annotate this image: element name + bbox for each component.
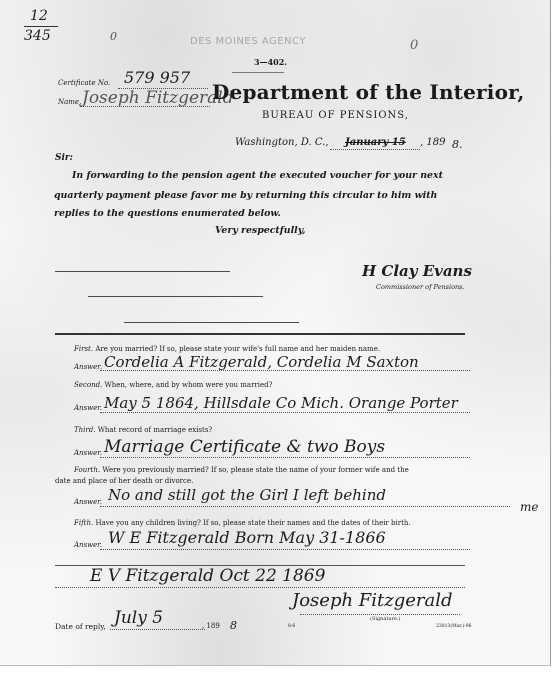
- reply-year-prefix: , 189: [202, 622, 220, 630]
- question-1: First. Are you married? If so, please st…: [74, 345, 380, 353]
- question-4-line-2: date and place of her death or divorce.: [55, 477, 193, 485]
- address-line-2: [88, 296, 263, 297]
- answer-2-label: Answer.: [74, 404, 102, 412]
- question-4: Fourth. Were you previously married? If …: [74, 466, 409, 474]
- answer-5-line: [100, 549, 470, 550]
- pension-circular-page: 12 345 0 0 DES MOINES AGENCY 3—402. Cert…: [0, 0, 551, 666]
- question-1-text: Are you married? If so, please state you…: [95, 345, 380, 353]
- answer-4-line: [100, 506, 510, 507]
- letter-date: January 15: [345, 137, 406, 148]
- question-3-ordinal: Third.: [74, 426, 95, 434]
- margin-mark-left: 0: [110, 30, 117, 43]
- answer-2: May 5 1864, Hillsdale Co Mich. Orange Po…: [104, 394, 458, 412]
- department-title: Department of the Interior,: [212, 80, 525, 104]
- question-4-text: Were you previously married? If so, plea…: [102, 466, 408, 474]
- letter-body-line-3: replies to the questions enumerated belo…: [54, 208, 281, 219]
- answer-5: W E Fitzgerald Born May 31-1866: [108, 528, 386, 547]
- salutation: Sir:: [55, 153, 73, 163]
- answer-3-label: Answer.: [74, 449, 102, 457]
- file-number-top: 12: [30, 8, 48, 24]
- question-3: Third. What record of marriage exists?: [74, 426, 212, 434]
- address-line-1: [55, 271, 230, 272]
- form-number-rule: [232, 72, 284, 73]
- question-5-ordinal: Fifth.: [74, 519, 93, 527]
- answer-4-overflow: me: [520, 500, 538, 514]
- margin-mark-right: 0: [410, 38, 418, 53]
- letter-closing: Very respectfully,: [215, 225, 306, 236]
- veteran-name: Joseph Fitzgerald: [82, 88, 234, 108]
- certificate-number: 579 957: [124, 68, 190, 87]
- answer-5-line-2-rule: [55, 587, 465, 588]
- address-line-3: [124, 322, 299, 323]
- place-label: Washington, D. C.,: [235, 137, 329, 148]
- question-4-ordinal: Fourth.: [74, 466, 100, 474]
- certificate-label: Certificate No.: [58, 79, 110, 87]
- agency-stamp: DES MOINES AGENCY: [190, 36, 306, 47]
- letter-year-prefix: , 189: [420, 137, 445, 148]
- letter-date-line: [330, 149, 420, 150]
- name-line: [80, 106, 210, 107]
- print-code-left: 8-6: [288, 624, 295, 629]
- letter-body-line-1: In forwarding to the pension agent the e…: [72, 170, 443, 181]
- question-2: Second. When, where, and by whom were yo…: [74, 381, 272, 389]
- file-number-divider: [24, 26, 58, 27]
- address-line-4: [55, 333, 465, 335]
- answer-3: Marriage Certificate & two Boys: [104, 437, 385, 457]
- letter-body-line-2: quarterly payment please favor me by ret…: [54, 190, 437, 201]
- question-1-ordinal: First.: [74, 345, 93, 353]
- name-label: Name,: [58, 98, 81, 106]
- question-2-text: When, where, and by whom were you marrie…: [105, 381, 273, 389]
- veteran-signature: Joseph Fitzgerald: [292, 590, 453, 611]
- answer-1-line: [100, 370, 470, 371]
- question-2-ordinal: Second.: [74, 381, 102, 389]
- question-5-text: Have you any children living? If so, ple…: [95, 519, 410, 527]
- form-number: 3—402.: [254, 57, 287, 67]
- answer-4: No and still got the Girl I left behind: [108, 486, 386, 504]
- answer-1-label: Answer.: [74, 363, 102, 371]
- question-3-text: What record of marriage exists?: [98, 426, 212, 434]
- answer-3-line: [100, 457, 470, 458]
- veteran-signature-line: [300, 614, 460, 615]
- reply-date-label: Date of reply,: [55, 622, 106, 631]
- answer-2-line: [100, 412, 470, 413]
- commissioner-title: Commissioner of Pensions.: [376, 283, 465, 291]
- answer-5-line-2: E V Fitzgerald Oct 22 1869: [90, 566, 325, 586]
- reply-date-line: [110, 629, 205, 630]
- question-5: Fifth. Have you any children living? If …: [74, 519, 411, 527]
- answer-1: Cordelia A Fitzgerald, Cordelia M Saxton: [104, 353, 419, 371]
- reply-year-suffix: 8: [230, 619, 237, 632]
- bureau-title: BUREAU OF PENSIONS,: [262, 110, 409, 121]
- answer-4-label: Answer.: [74, 498, 102, 506]
- reply-date: July 5: [114, 608, 163, 628]
- commissioner-signature: H Clay Evans: [362, 262, 472, 280]
- answer-5-label: Answer.: [74, 541, 102, 549]
- file-number-bottom: 345: [24, 28, 51, 44]
- letter-year-suffix: 8.: [452, 138, 463, 151]
- print-code-right: 23013(Mar.)-96: [436, 624, 471, 629]
- signature-caption: (Signature.): [370, 616, 401, 622]
